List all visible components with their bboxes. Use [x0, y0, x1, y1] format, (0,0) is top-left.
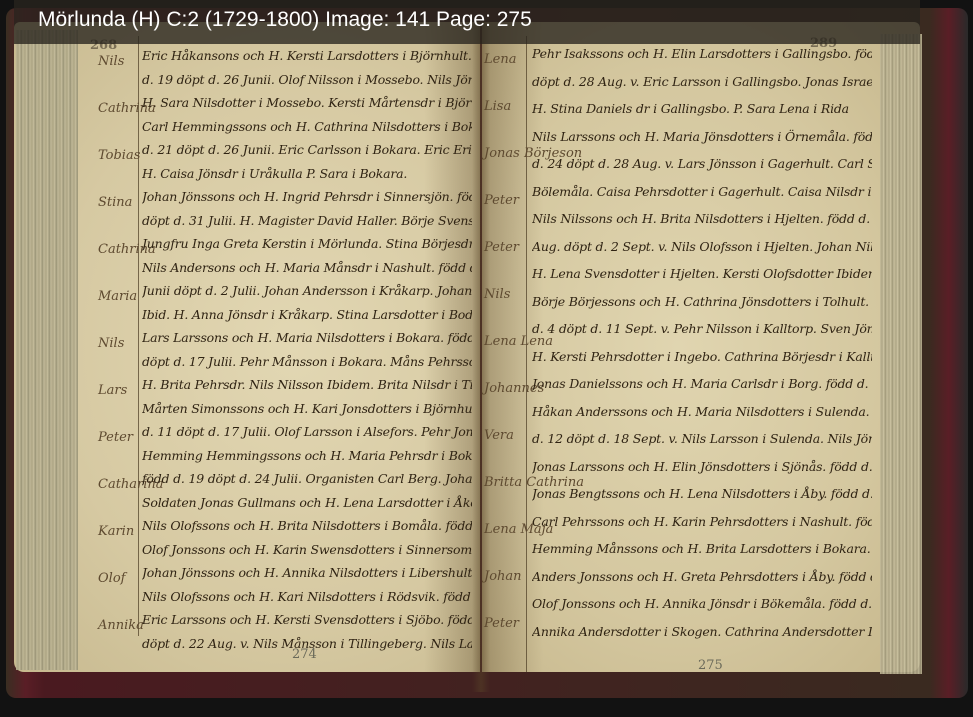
- entry-line: Bölemåla. Caisa Pehrsdotter i Gagerhult.…: [532, 184, 872, 199]
- right-folio-number: 275: [698, 658, 723, 673]
- entry-line: d. 4 döpt d. 11 Sept. v. Pehr Nilsson i …: [532, 321, 872, 336]
- entry-line: Johan Jönssons och H. Ingrid Pehrsdr i S…: [142, 189, 472, 204]
- entry-line: Håkan Anderssons och H. Maria Nilsdotter…: [532, 404, 872, 419]
- margin-name: Stina: [98, 195, 132, 210]
- entry-line: Börje Börjessons och H. Cathrina Jönsdot…: [532, 294, 872, 309]
- entry-line: d. 24 döpt d. 28 Aug. v. Lars Jönsson i …: [532, 156, 872, 171]
- entry-line: Hemming Hemmingssons och H. Maria Pehrsd…: [142, 448, 472, 463]
- entry-line: Nils Nilssons och H. Brita Nilsdotters i…: [532, 211, 872, 226]
- entry-line: H. Stina Daniels dr i Gallingsbo. P. Sar…: [532, 101, 872, 116]
- margin-name: Nils: [98, 336, 124, 351]
- entry-line: döpt d. 17 Julii. Pehr Månsson i Bokara.…: [142, 354, 472, 369]
- entry-line: Hemming Månssons och H. Brita Larsdotter…: [532, 541, 872, 556]
- entry-line: Eric Håkansons och H. Kersti Larsdotters…: [142, 48, 472, 63]
- image-title: Mörlunda (H) C:2 (1729-1800) Image: 141 …: [38, 8, 532, 32]
- left-page-edges: [16, 30, 78, 670]
- entry-line: Annika Andersdotter i Skogen. Cathrina A…: [532, 624, 872, 639]
- margin-name: Olof: [98, 571, 125, 586]
- entry-line: d. 11 döpt d. 17 Julii. Olof Larsson i A…: [142, 424, 472, 439]
- title-overlay: Mörlunda (H) C:2 (1729-1800) Image: 141 …: [14, 0, 920, 44]
- entry-line: Nils Olofssons och H. Kari Nilsdotters i…: [142, 589, 472, 604]
- entry-line: H. Kersti Pehrsdotter i Ingebo. Cathrina…: [532, 349, 872, 364]
- entry-line: H. Sara Nilsdotter i Mossebo. Kersti Mår…: [142, 95, 472, 110]
- margin-name: Peter: [98, 430, 133, 445]
- entry-line: Carl Hemmingssons och H. Cathrina Nilsdo…: [142, 119, 472, 134]
- entry-line: d. 21 döpt d. 26 Junii. Eric Carlsson i …: [142, 142, 472, 157]
- entry-line: Lars Larssons och H. Maria Nilsdotters i…: [142, 330, 472, 345]
- entry-line: Nils Olofssons och H. Brita Nilsdotters …: [142, 518, 472, 533]
- entry-line: d. 19 döpt d. 26 Junii. Olof Nilsson i M…: [142, 72, 472, 87]
- right-margin-rule: [526, 36, 527, 672]
- left-page: 268 NilsCathrinaTobiasStinaCathrinaMaria…: [14, 22, 480, 672]
- entry-line: Jonas Danielssons och H. Maria Carlsdr i…: [532, 376, 872, 391]
- entry-line: Junii döpt d. 2 Julii. Johan Andersson i…: [142, 283, 472, 298]
- entry-line: Eric Larssons och H. Kersti Svensdotters…: [142, 612, 472, 627]
- left-margin-rule: [138, 36, 139, 636]
- entry-line: d. 12 döpt d. 18 Sept. v. Nils Larsson i…: [532, 431, 872, 446]
- entry-line: H. Brita Pehrsdr. Nils Nilsson Ibidem. B…: [142, 377, 472, 392]
- book-gutter: [472, 22, 490, 692]
- margin-name: Annika: [98, 618, 144, 633]
- entry-line: H. Caisa Jönsdr i Uråkulla P. Sara i Bok…: [142, 166, 472, 181]
- margin-name: Lena Lena: [484, 334, 553, 349]
- entry-line: Ibid. H. Anna Jönsdr i Kråkarp. Stina La…: [142, 307, 472, 322]
- entry-line: Nils Andersons och H. Maria Månsdr i Nas…: [142, 260, 472, 275]
- entry-line: Jungfru Inga Greta Kerstin i Mörlunda. S…: [142, 236, 472, 251]
- margin-name: Lars: [98, 383, 127, 398]
- entry-line: döpt d. 31 Julii. H. Magister David Hall…: [142, 213, 472, 228]
- entry-line: Carl Pehrssons och H. Karin Pehrsdotters…: [532, 514, 872, 529]
- entry-line: Aug. döpt d. 2 Sept. v. Nils Olofsson i …: [532, 239, 872, 254]
- right-page: 289 LenaLisaJonas BörjesonPeterPeterNils…: [482, 22, 920, 672]
- entry-line: H. Lena Svensdotter i Hjelten. Kersti Ol…: [532, 266, 872, 281]
- margin-name: Tobias: [98, 148, 140, 163]
- entry-line: Olof Jonssons och H. Annika Jönsdr i Bök…: [532, 596, 872, 611]
- entry-line: Olof Jonssons och H. Karin Swensdotters …: [142, 542, 472, 557]
- entry-line: Pehr Isakssons och H. Elin Larsdotters i…: [532, 46, 872, 61]
- margin-name: Maria: [98, 289, 137, 304]
- left-folio-number: 274: [292, 647, 317, 662]
- entry-line: Jonas Larssons och H. Elin Jönsdotters i…: [532, 459, 872, 474]
- right-page-edges: [880, 34, 922, 674]
- entry-line: Mårten Simonssons och H. Kari Jonsdotter…: [142, 401, 472, 416]
- image-viewer[interactable]: 268 NilsCathrinaTobiasStinaCathrinaMaria…: [0, 0, 973, 717]
- entry-line: döpt d. 28 Aug. v. Eric Larsson i Gallin…: [532, 74, 872, 89]
- entry-line: Anders Jonssons och H. Greta Pehrsdotter…: [532, 569, 872, 584]
- entry-line: Nils Larssons och H. Maria Jönsdotters i…: [532, 129, 872, 144]
- entry-line: Jonas Bengtssons och H. Lena Nilsdotters…: [532, 486, 872, 501]
- margin-name: Karin: [98, 524, 134, 539]
- margin-name: Nils: [98, 54, 124, 69]
- entry-line: Soldaten Jonas Gullmans och H. Lena Lars…: [142, 495, 472, 510]
- entry-line: född d. 19 döpt d. 24 Julii. Organisten …: [142, 471, 472, 486]
- entry-line: Johan Jönssons och H. Annika Nilsdotters…: [142, 565, 472, 580]
